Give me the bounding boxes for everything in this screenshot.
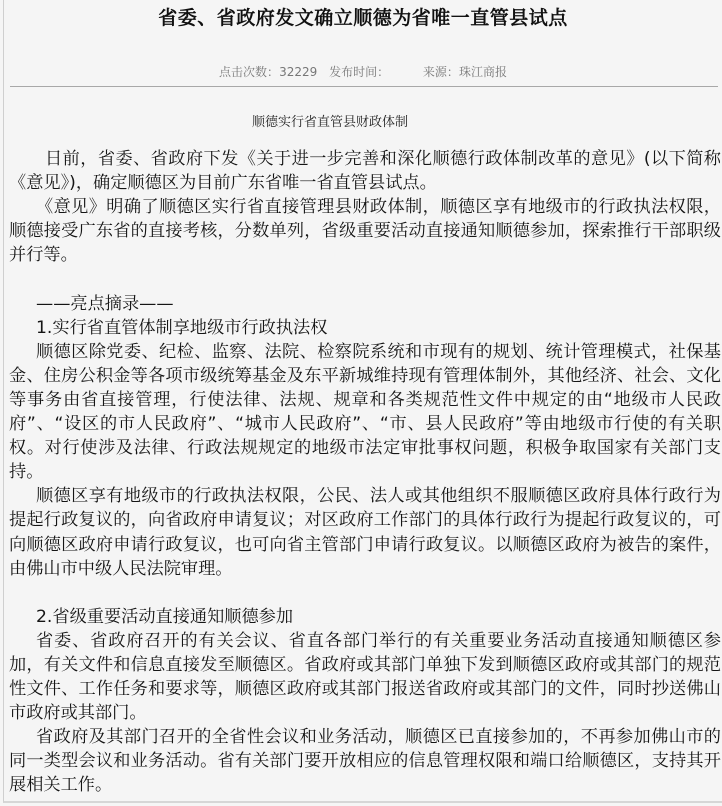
paragraph-summary: 《意见》明确了顺德区实行省直接管理县财政体制，顺德区享有地级市的行政执法权限，顺… [9, 195, 721, 267]
paragraph-section1-a: 顺德区除党委、纪检、监察、法院、检察院系统和市现有的规划、统计管理模式，社保基金… [9, 340, 721, 485]
section-heading-1: 1.实行省直管体制享地级市行政执法权 [9, 316, 721, 340]
source-value: 珠江商报 [459, 65, 507, 79]
paragraph-section2-a: 省委、省政府召开的有关会议、省直各部门举行的有关重要业务活动直接通知顺德区参加，… [9, 629, 721, 725]
article-body: 日前，省委、省政府下发《关于进一步完善和深化顺德行政体制改革的意见》(以下简称《… [9, 147, 721, 798]
header-divider [10, 86, 718, 87]
source-info: 来源：珠江商报 [423, 65, 507, 79]
spacer [9, 581, 721, 605]
article-title: 省委、省政府发文确立顺德为省唯一直管县试点 [4, 6, 722, 30]
article-page: 省委、省政府发文确立顺德为省唯一直管县试点 点击次数：32229 发布时间： 来… [3, 0, 722, 803]
article-meta: 点击次数：32229 发布时间： 来源：珠江商报 [4, 64, 722, 80]
source-label: 来源： [423, 65, 459, 79]
paragraph-section1-b: 顺德区享有地级市的行政执法权限，公民、法人或其他组织不服顺德区政府具体行政行为提… [9, 484, 721, 580]
paragraph-section2-b: 省政府及其部门召开的全省性会议和业务活动，顺德区已直接参加的，不再参加佛山市的同… [9, 725, 721, 797]
article-subtitle: 顺德实行省直管县财政体制 [252, 114, 408, 132]
published-label: 发布时间： [329, 65, 389, 79]
spacer [9, 267, 721, 291]
published-info: 发布时间： [329, 65, 389, 79]
section-heading-2: 2.省级重要活动直接通知顺德参加 [9, 605, 721, 629]
clicks-value: 32229 [279, 65, 317, 79]
clicks-label: 点击次数： [219, 65, 279, 79]
clicks-info: 点击次数：32229 [219, 65, 317, 79]
paragraph-intro: 日前，省委、省政府下发《关于进一步完善和深化顺德行政体制改革的意见》(以下简称《… [9, 147, 721, 195]
highlights-heading: ——亮点摘录—— [9, 292, 721, 316]
